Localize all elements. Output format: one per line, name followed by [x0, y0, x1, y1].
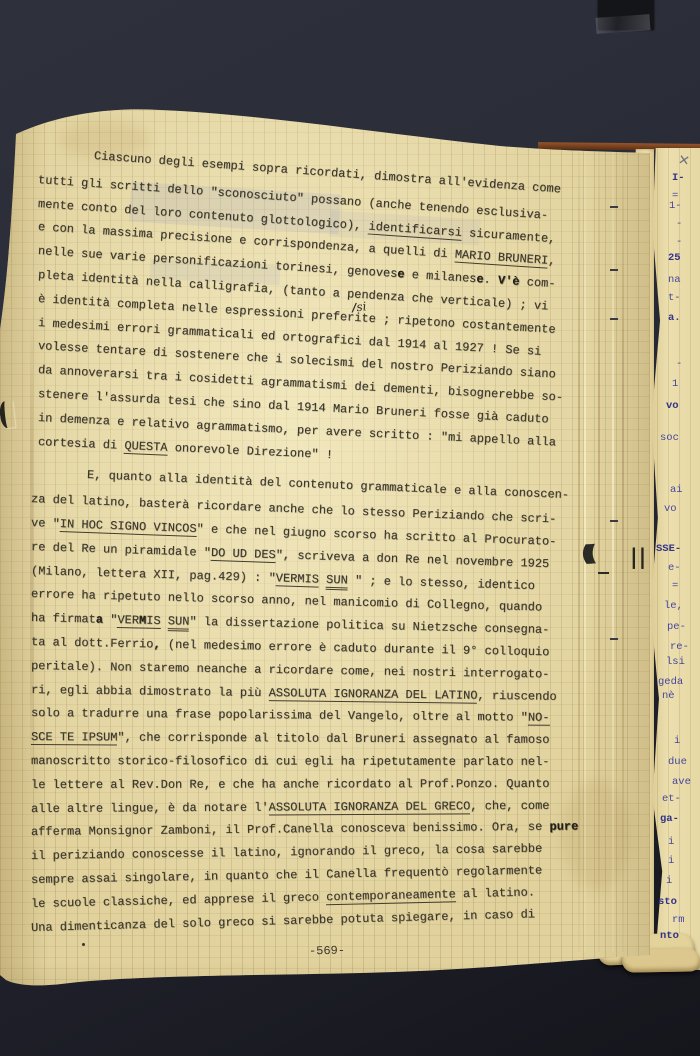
next-page-text-fragment: nto: [660, 930, 679, 942]
overstruck-text: V'è: [498, 274, 520, 289]
typed-text: " e che nel giugno scorso ha scritto al …: [196, 522, 556, 549]
text-line: Una dimenticanza del solo greco si sareb…: [31, 907, 535, 935]
typed-text: peritale). Non staremo neanche a ricorda…: [31, 659, 550, 682]
typed-text: " ; e lo stesso, identico: [348, 573, 536, 593]
next-page-text-fragment: =: [672, 580, 678, 592]
next-page-text-fragment: 1-: [669, 200, 682, 212]
ink-stroke-marks: (((: [580, 542, 590, 567]
next-page-text-fragment: t-: [668, 292, 681, 304]
margin-dash: [610, 206, 618, 208]
next-page-text-fragment: -: [676, 218, 682, 230]
underlined-text: ASSOLUTA IGNORANZA DEL GRECO: [269, 799, 471, 815]
typed-text: (Milano, lettera XII, pag.429) : ": [31, 564, 276, 585]
ink-stroke-marks: ||: [630, 545, 647, 569]
tape-strip: [596, 14, 651, 34]
next-page-text-fragment: soc: [660, 432, 679, 444]
next-page-text-fragment: ai: [670, 484, 683, 496]
next-page-text-fragment: -: [676, 236, 682, 248]
next-page-text-fragment: -: [676, 358, 682, 370]
typed-text: ha firmat: [31, 611, 96, 627]
typed-text: il periziando conoscesse il latino, igno…: [31, 842, 542, 863]
typed-text: afferma Monsignor Zamboni, il Prof.Canel…: [31, 820, 550, 839]
text-line: il periziando conoscesse il latino, igno…: [31, 842, 542, 863]
next-page-text-fragment: lsi: [666, 656, 685, 668]
text-line: sempre assai singolare, in quanto che il…: [31, 864, 542, 887]
typed-text: , riuscendo: [477, 688, 556, 703]
next-page-text-fragment: sto: [658, 896, 677, 908]
inserted-word: si: [356, 299, 367, 314]
underlined-text: SCE TE IPSUM: [31, 730, 118, 745]
typed-text: sempre assai singolare, in quanto che il…: [31, 864, 542, 887]
underlined-text: NO-: [528, 711, 550, 726]
underlined-text: QUESTA: [124, 438, 168, 455]
next-page-text-fragment: due: [668, 756, 687, 768]
paper-fold-line: [598, 152, 600, 952]
typed-text: .: [483, 273, 498, 288]
underlined-text: IS: [146, 614, 161, 629]
overstruck-text: pure: [549, 820, 578, 834]
next-page-text-fragment: 1: [672, 378, 678, 390]
typed-text: ": [103, 613, 118, 627]
next-page-text-fragment: SSE-: [656, 543, 681, 555]
text-line: ha firmata "VERMIS SUN" la dissertazione…: [31, 611, 550, 637]
text-line: alle altre lingue, è da notare l'ASSOLUT…: [31, 798, 550, 815]
next-page-text-fragment: na: [668, 274, 681, 286]
text-line: solo a tradurre una frase popolarissima …: [31, 706, 550, 725]
typed-text: ta al dott.Ferrio: [31, 635, 154, 651]
typed-text: re del Re un piramidale ": [31, 540, 211, 560]
paper-fold-highlight: [612, 152, 614, 952]
underlined-text: MARIO BRUNERI: [454, 248, 548, 269]
margin-dash: [610, 269, 618, 271]
typed-text: e milanes: [404, 268, 477, 287]
typed-text: solo a tradurre una frase popolarissima …: [31, 706, 528, 725]
typed-text: com-: [519, 275, 556, 291]
next-page-text-fragment: i: [666, 875, 672, 887]
next-page-text-fragment: nè: [662, 690, 675, 702]
next-page-text-fragment: vo: [666, 400, 679, 412]
margin-dash: [610, 520, 618, 522]
text-line: ta al dott.Ferrio, (nel medesimo errore …: [31, 635, 550, 659]
margin-dash: [610, 318, 618, 320]
next-page-text-fragment: i: [668, 855, 674, 867]
typed-text: le lettere al Rev.Don Re, e che ha anche…: [31, 777, 550, 792]
next-page-text-fragment: le,: [664, 600, 683, 612]
typed-text: ", che corrisponde al titolo dal Bruneri…: [117, 731, 549, 747]
typed-text: errore ha ripetuto nello scorso anno, ne…: [31, 587, 542, 615]
underlined-text: SUN: [326, 572, 348, 590]
ink-speck: [82, 943, 85, 946]
underlined-text: contemporaneamente: [326, 887, 456, 905]
typed-text: al latino.: [456, 885, 536, 901]
next-page-text-fragment: I-: [672, 172, 685, 184]
typed-text: cortesia di: [38, 435, 125, 453]
page-number: -569-: [309, 944, 345, 959]
typed-text: alle altre lingue, è da notare l': [31, 800, 269, 815]
next-page-text-fragment: pe-: [667, 621, 686, 633]
text-line: ri, egli abbia dimostrato la più ASSOLUT…: [31, 683, 557, 704]
text-line: errore ha ripetuto nello scorso anno, ne…: [31, 587, 542, 615]
next-page-text-fragment: re-: [670, 641, 689, 653]
typed-text: ri, egli abbia dimostrato la più: [31, 683, 269, 700]
underlined-text: VERMIS: [275, 571, 319, 587]
paper-stain: [560, 780, 630, 890]
typed-text: ve ": [31, 516, 60, 531]
next-page-text-fragment: a.: [668, 312, 681, 324]
next-page-text-fragment: et-: [662, 793, 681, 805]
text-line: manoscritto storico-filosofico di cui eg…: [31, 754, 550, 769]
typed-text: ,: [548, 254, 556, 268]
underlined-text: DO UD DES: [211, 546, 276, 563]
paper-fold-line: [622, 152, 624, 952]
text-line: afferma Monsignor Zamboni, il Prof.Canel…: [31, 820, 578, 840]
typed-text: onorevole Direzione" !: [167, 440, 333, 461]
binding-staple: [0, 400, 15, 428]
text-line: peritale). Non staremo neanche a ricorda…: [31, 659, 550, 682]
ink-dash-mark: [598, 572, 609, 574]
handwritten-insertion: /si: [351, 299, 367, 314]
next-page-text-fragment: ga-: [660, 813, 679, 825]
typed-text: Una dimenticanza del solo greco si sareb…: [31, 907, 535, 935]
text-line: le lettere al Rev.Don Re, e che ha anche…: [31, 777, 550, 792]
next-page-text-fragment: 25: [668, 252, 681, 264]
next-page-text-fragment: i: [674, 735, 680, 747]
photo-of-bound-typescript: { "colors":{ "background_dark":"#242531"…: [0, 0, 700, 1056]
underlined-text: VER: [117, 613, 139, 628]
typed-text: , che, come: [470, 798, 549, 812]
typed-text: le scuole classiche, ed apprese il greco: [31, 890, 326, 911]
next-page-text-fragment: ave: [672, 776, 691, 788]
typed-text: " la dissertazione politica su Nietzsche…: [189, 615, 549, 637]
underlined-text: ASSOLUTA IGNORANZA DEL LATINO: [269, 686, 478, 704]
margin-dash: [610, 638, 618, 640]
text-line: SCE TE IPSUM", che corrisponde al titolo…: [31, 730, 550, 747]
typed-text: manoscritto storico-filosofico di cui eg…: [31, 754, 550, 769]
next-page-text-fragment: geda: [658, 676, 683, 688]
text-line: cortesia di QUESTA onorevole Direzione" …: [38, 435, 334, 462]
text-line: le scuole classiche, ed apprese il greco…: [31, 885, 535, 911]
typed-text: (nel medesimo errore è caduto durante il…: [160, 638, 549, 660]
underlined-text: IN HOC SIGNO VINCOS: [60, 517, 197, 537]
typed-text: ", scriveva a don Re nel novembre 1925: [275, 548, 549, 571]
book-page: Ciascuno degli esempi sopra ricordati, d…: [0, 0, 700, 1056]
next-page-text-fragment: i: [668, 836, 674, 848]
next-page-text-fragment: rm: [672, 914, 685, 926]
next-page-text-fragment: e-: [668, 562, 681, 574]
underlined-text: SUN: [168, 614, 190, 631]
next-page-text-fragment: vo: [664, 503, 677, 515]
